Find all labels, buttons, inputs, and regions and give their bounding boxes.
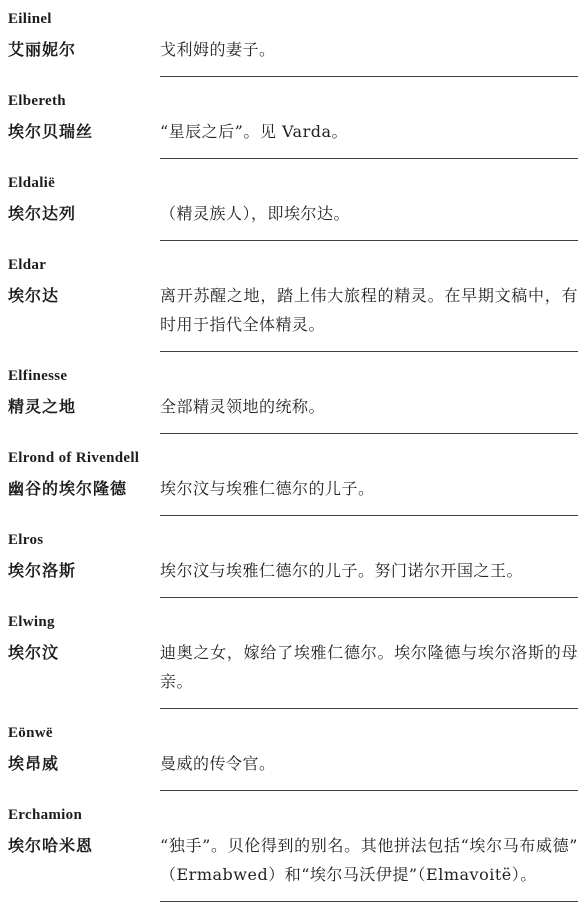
entry-chinese-name: 埃尔洛斯 [8,556,160,585]
entry-divider [160,901,578,902]
glossary-entry: Elrond of Rivendell 幽谷的埃尔隆德 埃尔汶与埃雅仁德尔的儿子… [8,434,578,516]
entry-headword: Eilinel [8,10,578,28]
entry-chinese-name: 精灵之地 [8,392,160,421]
entry-headword: Elrond of Rivendell [8,449,578,467]
entry-definition: “独手”。贝伦得到的别名。其他拼法包括“埃尔马布威德”（Ermabwed）和“埃… [160,831,578,889]
entry-row: 埃尔洛斯 埃尔汶与埃雅仁德尔的儿子。努门诺尔开国之王。 [8,556,578,585]
entry-chinese-name: 埃昂威 [8,749,160,778]
glossary-entry: Erchamion 埃尔哈米恩 “独手”。贝伦得到的别名。其他拼法包括“埃尔马布… [8,791,578,902]
entry-definition: 埃尔汶与埃雅仁德尔的儿子。 [160,474,578,503]
entry-headword: Elfinesse [8,367,578,385]
entry-definition: 迪奥之女，嫁给了埃雅仁德尔。埃尔隆德与埃尔洛斯的母亲。 [160,638,578,696]
entry-definition: 全部精灵领地的统称。 [160,392,578,421]
entry-row: 埃昂威 曼威的传令官。 [8,749,578,778]
entry-definition: （精灵族人），即埃尔达。 [160,199,578,228]
glossary-entry: Eldar 埃尔达 离开苏醒之地，踏上伟大旅程的精灵。在早期文稿中，有时用于指代… [8,241,578,352]
entry-headword: Elros [8,531,578,549]
entry-chinese-name: 埃尔贝瑞丝 [8,117,160,146]
glossary-entry: Elbereth 埃尔贝瑞丝 “星辰之后”。见 Varda。 [8,77,578,159]
entry-headword: Elwing [8,613,578,631]
glossary-entry: Eönwë 埃昂威 曼威的传令官。 [8,709,578,791]
glossary-entry: Eilinel 艾丽妮尔 戈利姆的妻子。 [8,10,578,77]
entry-chinese-name: 埃尔哈米恩 [8,831,160,860]
entry-chinese-name: 埃尔达 [8,281,160,310]
entry-definition: 埃尔汶与埃雅仁德尔的儿子。努门诺尔开国之王。 [160,556,578,585]
glossary-entry: Elros 埃尔洛斯 埃尔汶与埃雅仁德尔的儿子。努门诺尔开国之王。 [8,516,578,598]
entry-headword: Eldar [8,256,578,274]
entry-headword: Eldalië [8,174,578,192]
entry-row: 埃尔汶 迪奥之女，嫁给了埃雅仁德尔。埃尔隆德与埃尔洛斯的母亲。 [8,638,578,696]
entry-headword: Erchamion [8,806,578,824]
glossary-entry: Eldalië 埃尔达列 （精灵族人），即埃尔达。 [8,159,578,241]
glossary-page: Eilinel 艾丽妮尔 戈利姆的妻子。 Elbereth 埃尔贝瑞丝 “星辰之… [0,0,585,910]
entry-definition: “星辰之后”。见 Varda。 [160,117,578,146]
entry-chinese-name: 埃尔达列 [8,199,160,228]
entry-row: 埃尔达 离开苏醒之地，踏上伟大旅程的精灵。在早期文稿中，有时用于指代全体精灵。 [8,281,578,339]
entry-row: 艾丽妮尔 戈利姆的妻子。 [8,35,578,64]
entry-chinese-name: 艾丽妮尔 [8,35,160,64]
entry-row: 埃尔贝瑞丝 “星辰之后”。见 Varda。 [8,117,578,146]
entry-row: 精灵之地 全部精灵领地的统称。 [8,392,578,421]
entry-definition: 戈利姆的妻子。 [160,35,578,64]
entry-definition: 曼威的传令官。 [160,749,578,778]
entry-chinese-name: 埃尔汶 [8,638,160,667]
entry-row: 埃尔达列 （精灵族人），即埃尔达。 [8,199,578,228]
glossary-entry: Elwing 埃尔汶 迪奥之女，嫁给了埃雅仁德尔。埃尔隆德与埃尔洛斯的母亲。 [8,598,578,709]
entry-chinese-name: 幽谷的埃尔隆德 [8,474,160,503]
entry-headword: Elbereth [8,92,578,110]
entry-definition: 离开苏醒之地，踏上伟大旅程的精灵。在早期文稿中，有时用于指代全体精灵。 [160,281,578,339]
glossary-entry: Elfinesse 精灵之地 全部精灵领地的统称。 [8,352,578,434]
entry-row: 埃尔哈米恩 “独手”。贝伦得到的别名。其他拼法包括“埃尔马布威德”（Ermabw… [8,831,578,889]
entry-headword: Eönwë [8,724,578,742]
entry-row: 幽谷的埃尔隆德 埃尔汶与埃雅仁德尔的儿子。 [8,474,578,503]
